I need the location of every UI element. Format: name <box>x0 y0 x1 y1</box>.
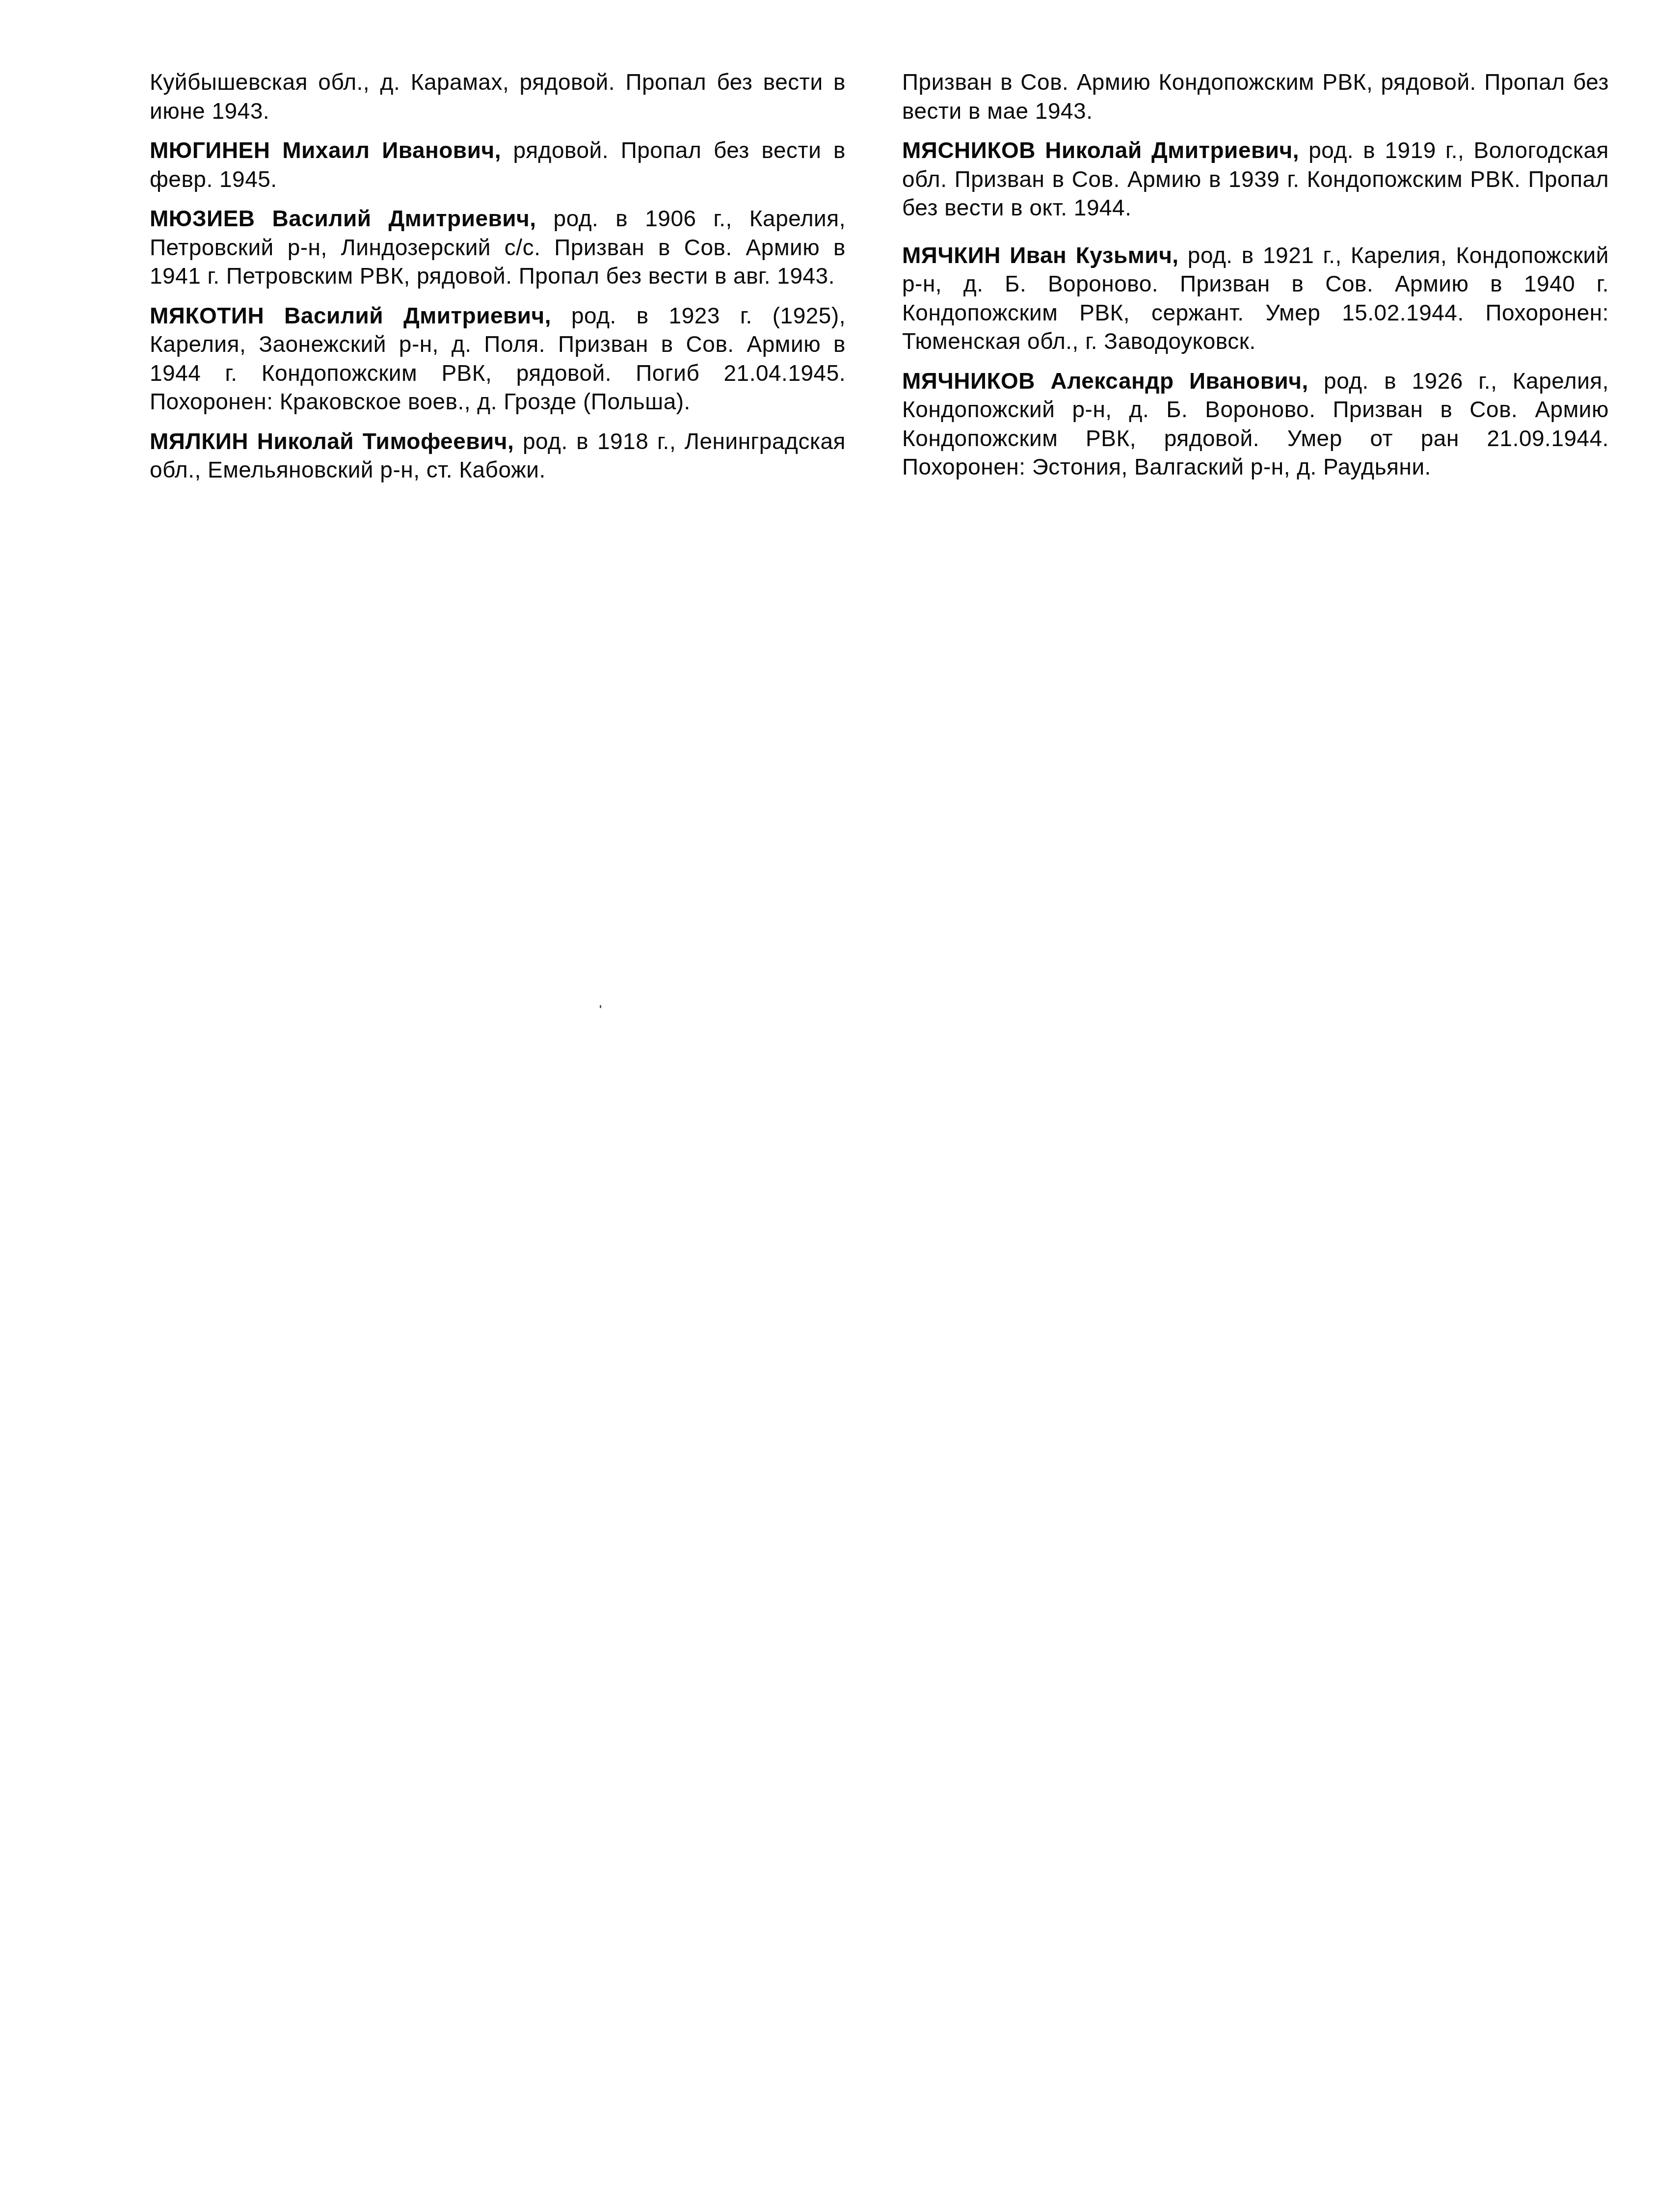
entry-body: род. в 1921 г., Карелия, Кондопожский р-… <box>902 242 1609 354</box>
entry-given-name: Михаил Иванович, <box>282 137 501 163</box>
entry-myachnikov: МЯЧНИКОВ Александр Иванович, род. в 1926… <box>902 367 1609 481</box>
entry-myuginen: МЮГИНЕН Михаил Иванович, рядовой. Пропал… <box>150 136 846 193</box>
entry-surname: МЯЧКИН <box>902 242 1001 268</box>
entry-myalkin: МЯЛКИН Николай Тимофеевич, род. в 1918 г… <box>150 427 846 484</box>
entry-given-name: Александр Иванович, <box>1050 368 1308 394</box>
entry-surname: МЮГИНЕН <box>150 137 270 163</box>
document-page: Куйбышевская обл., д. Карамах, рядовой. … <box>0 0 1680 2210</box>
entry-myakotin: МЯКОТИН Василий Дмитриевич, род. в 1923 … <box>150 301 846 416</box>
entry-body: Куйбышевская обл., д. Карамах, рядовой. … <box>150 69 846 124</box>
entry-surname: МЯКОТИН <box>150 303 264 328</box>
entry-myachkin: МЯЧКИН Иван Кузьмич, род. в 1921 г., Кар… <box>902 241 1609 356</box>
entry-myasnikov: МЯСНИКОВ Николай Дмитриевич, род. в 1919… <box>902 136 1609 222</box>
entry-given-name: Николай Дмитриевич, <box>1045 137 1299 163</box>
entry-myuziev: МЮЗИЕВ Василий Дмитриевич, род. в 1906 г… <box>150 204 846 291</box>
entry-surname: МЮЗИЕВ <box>150 206 255 231</box>
entry-continuation: Куйбышевская обл., д. Карамах, рядовой. … <box>150 68 846 125</box>
scan-speck <box>600 1005 601 1008</box>
entry-given-name: Василий Дмитриевич, <box>284 303 551 328</box>
entry-given-name: Николай Тимофеевич, <box>257 428 514 454</box>
entry-surname: МЯЛКИН <box>150 428 248 454</box>
entry-surname: МЯСНИКОВ <box>902 137 1036 163</box>
entry-surname: МЯЧНИКОВ <box>902 368 1035 394</box>
right-column: Призван в Сов. Армию Кондопожским РВК, р… <box>902 68 1609 492</box>
left-column: Куйбышевская обл., д. Карамах, рядовой. … <box>150 68 846 495</box>
entry-given-name: Иван Кузьмич, <box>1010 242 1178 268</box>
entry-continuation: Призван в Сов. Армию Кондопожским РВК, р… <box>902 68 1609 125</box>
entry-given-name: Василий Дмитриевич, <box>272 206 536 231</box>
entry-body: Призван в Сов. Армию Кондопожским РВК, р… <box>902 69 1609 124</box>
